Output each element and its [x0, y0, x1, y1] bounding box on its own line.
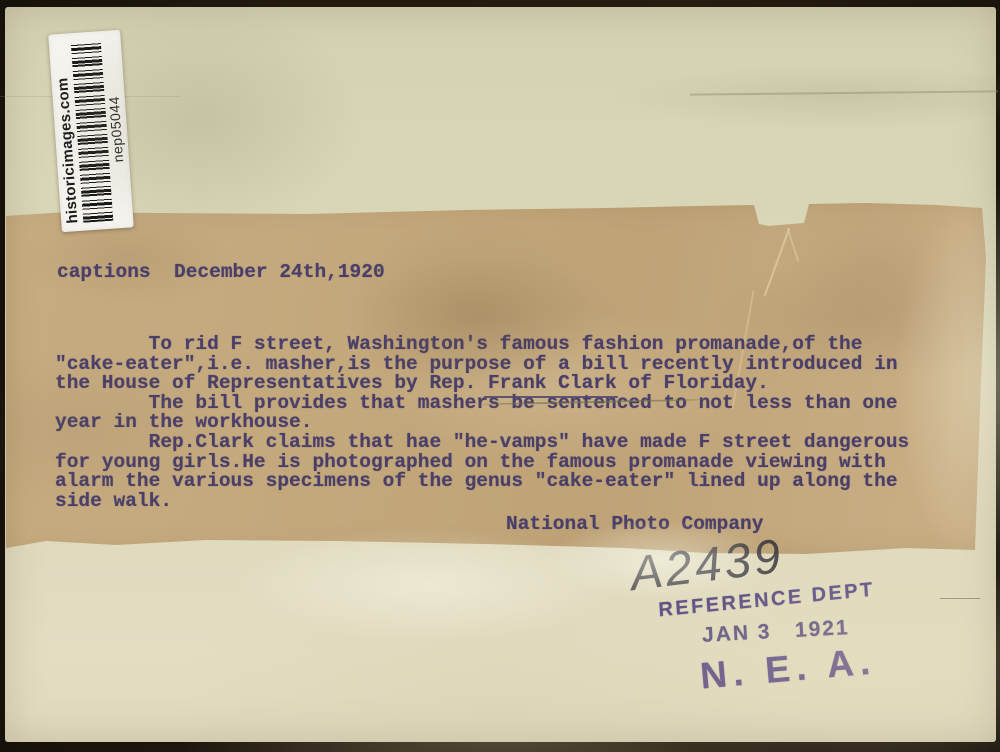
barcode-sticker-content: historicimages.com nep05044 — [48, 30, 134, 233]
caption-date-line: captions December 24th,1920 — [57, 261, 385, 283]
tear-crack — [787, 229, 799, 262]
barcode-sticker: historicimages.com nep05044 — [48, 30, 134, 233]
photo-back-scan: captions December 24th,1920 To rid F str… — [0, 0, 1000, 752]
tear-crack — [764, 228, 791, 296]
photo-credit: National Photo Company — [506, 513, 763, 535]
caption-body-text: To rid F street, Washington's famous fas… — [55, 335, 909, 511]
underline-frank-clark — [484, 396, 618, 398]
